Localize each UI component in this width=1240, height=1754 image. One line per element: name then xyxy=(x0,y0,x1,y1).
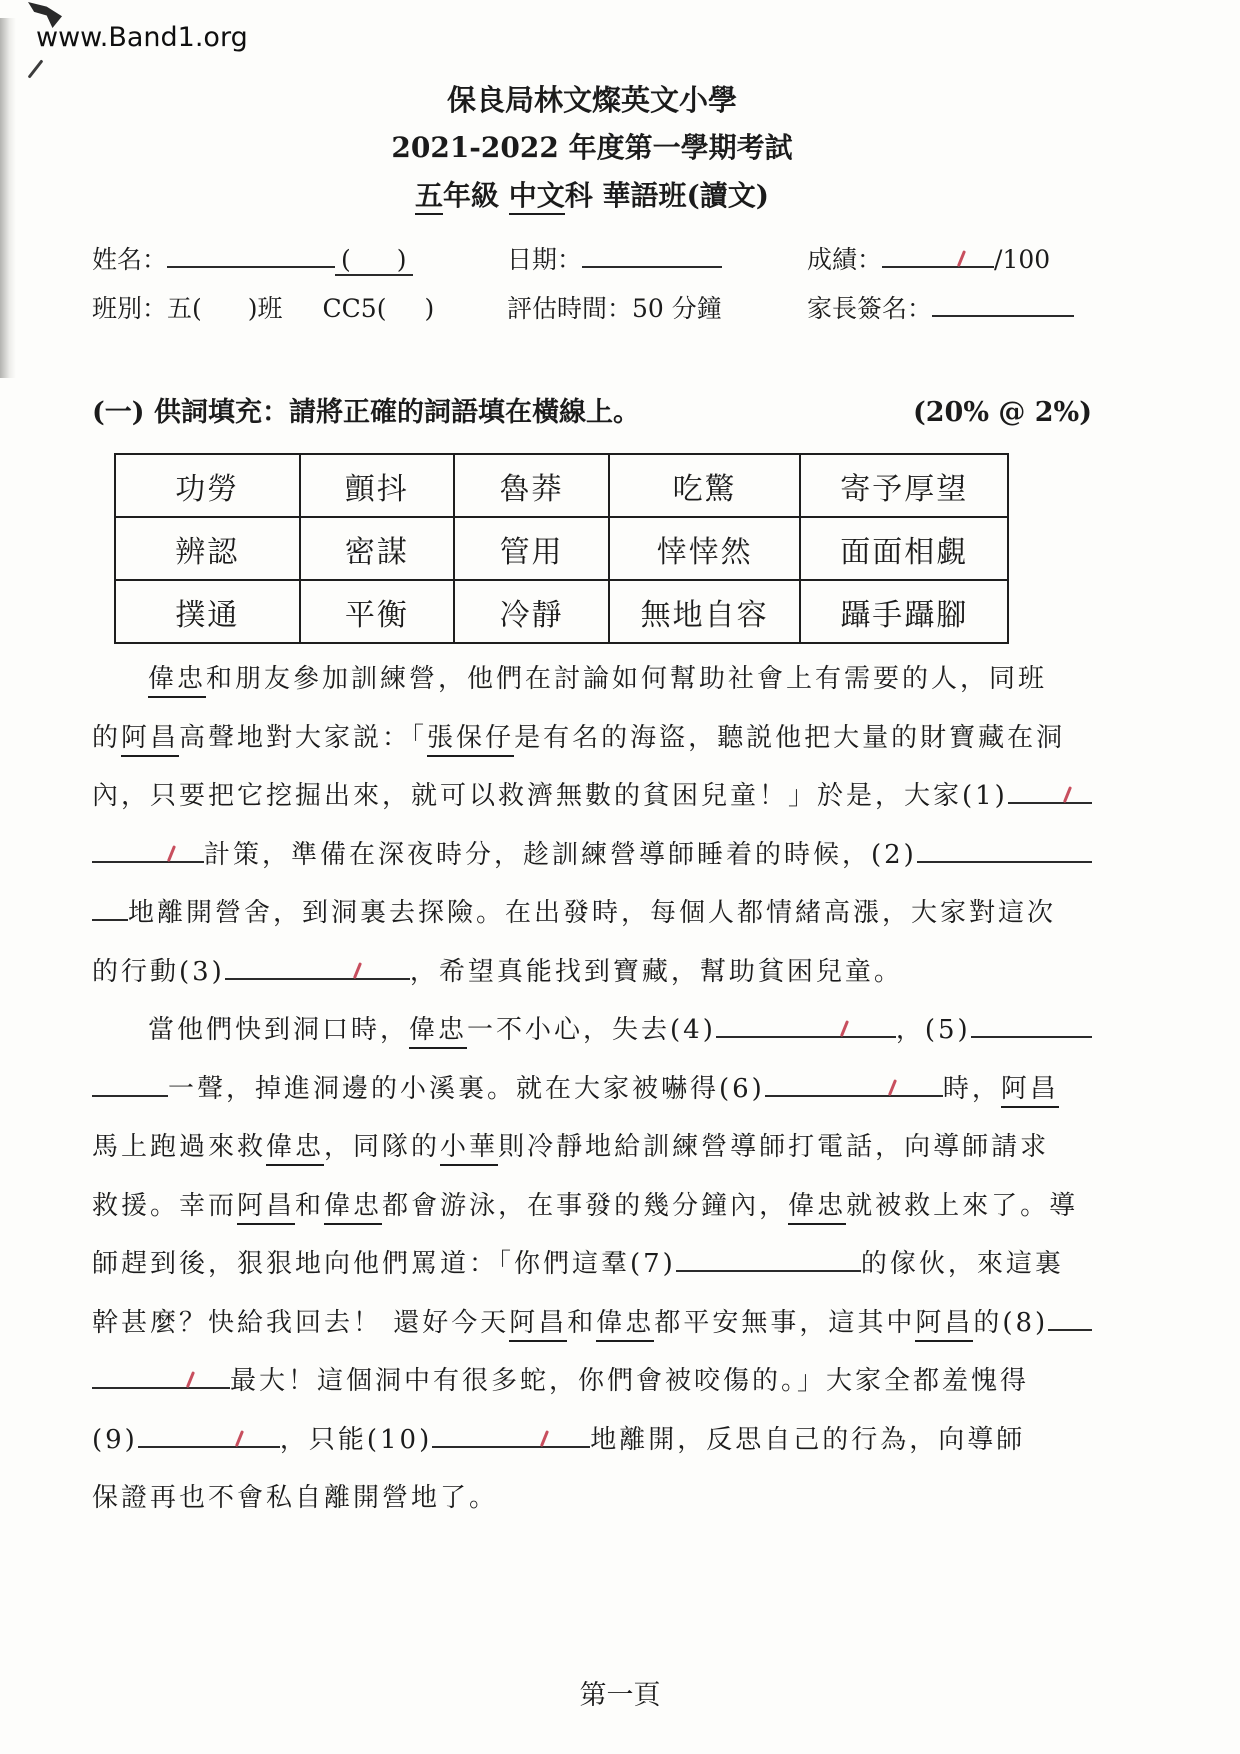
passage-text: 內，只要把它挖掘出來，就可以救濟無數的貧困兒童！」於是，大家(1) xyxy=(92,775,1008,812)
passage-text: 都會游泳，在事發的幾分鐘內， xyxy=(382,1185,788,1222)
answer-blank xyxy=(917,858,1092,863)
exam-title: 2021-2022 年度第一學期考試 xyxy=(92,124,1092,172)
underlined-name: 阿昌 xyxy=(237,1185,295,1225)
passage-text: 和 xyxy=(567,1302,596,1339)
name-blank xyxy=(167,263,335,268)
info-column-left: 姓名： () 班別： 五( )班 CC5( ) xyxy=(92,240,507,338)
passage-text: 是有名的海盜，聽説他把大量的財寶藏在洞 xyxy=(514,717,1065,754)
word-bank-cell: 面面相覷 xyxy=(800,517,1008,580)
score-total: /100 xyxy=(994,245,1050,274)
exam-header: 保良局林文燦英文小學 2021-2022 年度第一學期考試 五年級 中文科 華語… xyxy=(92,76,1092,220)
pen-stroke-mark xyxy=(28,59,44,78)
class-ban: )班 xyxy=(248,289,283,325)
red-check-mark xyxy=(887,1079,896,1096)
name-label: 姓名： xyxy=(92,240,167,276)
word-bank-row: 功勞顫抖魯莽吃驚寄予厚望 xyxy=(115,454,1008,517)
underlined-name: 阿昌 xyxy=(915,1302,973,1342)
score-label: 成績： xyxy=(807,240,882,276)
passage-text: 馬上跑過來救 xyxy=(92,1126,266,1163)
score-row: 成績： /100 xyxy=(807,240,1092,289)
name-row: 姓名： () xyxy=(92,240,507,289)
class-cc-close: ) xyxy=(424,294,434,323)
info-column-right: 成績： /100 家長簽名： xyxy=(807,240,1092,338)
section-one-heading: (一) 供詞填充：請將正確的詞語填在橫線上。 (20% @ 2%) xyxy=(92,390,1092,429)
passage-text: (9) xyxy=(92,1425,138,1455)
parent-signature-row: 家長簽名： xyxy=(807,289,1092,338)
answer-blank xyxy=(138,1443,280,1448)
watermark-url: www.Band1.org xyxy=(36,22,248,53)
passage-text: 計策，準備在深夜時分，趁訓練營導師睡着的時候，(2) xyxy=(204,834,917,871)
passage-text: 地離開營舍，到洞裏去探險。在出發時，每個人都情緒高漲，大家對這次 xyxy=(128,892,1056,929)
red-check-mark xyxy=(352,962,361,979)
word-bank-cell: 密謀 xyxy=(300,517,455,580)
passage-text: 都平安無事，這其中 xyxy=(654,1302,915,1339)
passage-text: 幹甚麼？快給我回去！ 還好今天 xyxy=(92,1302,509,1339)
passage-line: 一聲，掉進洞邊的小溪裏。就在大家被嚇得(6)時，阿昌 xyxy=(92,1068,1092,1127)
passage-text: 地離開，反思自己的行為，向導師 xyxy=(590,1419,1025,1456)
word-bank-cell: 撲通 xyxy=(115,580,300,643)
passage-text: 的行動(3) xyxy=(92,951,225,988)
exam-paper-page: www.Band1.org 保良局林文燦英文小學 2021-2022 年度第一學… xyxy=(0,0,1240,1754)
passage-text: 救援。幸而 xyxy=(92,1185,237,1222)
red-check-mark xyxy=(167,845,176,862)
section-marks: (20% @ 2%) xyxy=(913,397,1092,428)
underlined-name: 阿昌 xyxy=(509,1302,567,1342)
word-bank-cell: 躡手躡腳 xyxy=(800,580,1008,643)
answer-blank xyxy=(432,1443,590,1448)
passage-text: 和朋友參加訓練營，他們在討論如何幫助社會上有需要的人，同班 xyxy=(206,658,1047,695)
word-bank-table: 功勞顫抖魯莽吃驚寄予厚望辨認密謀管用悻悻然面面相覷撲通平衡冷靜無地自容躡手躡腳 xyxy=(114,453,1009,644)
passage-text: 當他們快到洞口時， xyxy=(148,1009,409,1046)
underlined-name: 張保仔 xyxy=(427,717,514,757)
section-title-text: (一) 供詞填充：請將正確的詞語填在橫線上。 xyxy=(92,390,640,429)
answer-blank xyxy=(676,1267,861,1272)
word-bank-row: 辨認密謀管用悻悻然面面相覷 xyxy=(115,517,1008,580)
answer-blank xyxy=(225,975,410,980)
class-cc: CC5( xyxy=(323,294,387,323)
underlined-name: 阿昌 xyxy=(121,717,179,757)
passage-text: 年級 xyxy=(443,179,509,212)
underlined-name: 阿昌 xyxy=(1001,1068,1059,1108)
word-bank-cell: 無地自容 xyxy=(609,580,801,643)
class-label: 班別： xyxy=(92,289,167,325)
cloze-passage: 偉忠和朋友參加訓練營，他們在討論如何幫助社會上有需要的人，同班的阿昌高聲地對大家… xyxy=(92,658,1092,1536)
student-info-block: 姓名： () 班別： 五( )班 CC5( ) 日期： xyxy=(92,240,1092,338)
word-bank-cell: 冷靜 xyxy=(454,580,609,643)
word-bank-cell: 寄予厚望 xyxy=(800,454,1008,517)
answer-blank xyxy=(92,1092,168,1097)
page-content: 保良局林文燦英文小學 2021-2022 年度第一學期考試 五年級 中文科 華語… xyxy=(92,76,1092,1536)
underlined-name: 小華 xyxy=(440,1126,498,1166)
passage-line: 的行動(3)，希望真能找到寶藏，幫助貧困兒童。 xyxy=(92,951,1092,1010)
grade-subject-line: 五年級 中文科 華語班(讀文) xyxy=(92,172,1092,220)
info-column-middle: 日期： 評估時間： 50 分鐘 xyxy=(507,240,807,338)
passage-text: 保證再也不會私自離開營地了。 xyxy=(92,1477,498,1514)
date-label: 日期： xyxy=(507,240,582,276)
underlined-name: 中文 xyxy=(509,179,565,215)
underlined-name: 偉忠 xyxy=(148,658,206,698)
passage-text: 的 xyxy=(92,717,121,754)
passage-line: 地離開營舍，到洞裏去探險。在出發時，每個人都情緒高漲，大家對這次 xyxy=(92,892,1092,951)
passage-line: 救援。幸而阿昌和偉忠都會游泳，在事發的幾分鐘內，偉忠就被救上來了。導 xyxy=(92,1185,1092,1244)
passage-text: 高聲地對大家説：「 xyxy=(179,717,427,754)
passage-line: 內，只要把它挖掘出來，就可以救濟無數的貧困兒童！」於是，大家(1) xyxy=(92,775,1092,834)
red-check-mark xyxy=(1063,786,1072,803)
duration-value: 50 分鐘 xyxy=(632,289,722,325)
word-bank-cell: 管用 xyxy=(454,517,609,580)
duration-row: 評估時間： 50 分鐘 xyxy=(507,289,807,338)
answer-blank xyxy=(1008,799,1092,804)
underlined-name: 偉忠 xyxy=(324,1185,382,1225)
passage-text: ，希望真能找到寶藏，幫助貧困兒童。 xyxy=(410,951,903,988)
passage-line: 的阿昌高聲地對大家説：「張保仔是有名的海盜，聽説他把大量的財寶藏在洞 xyxy=(92,717,1092,776)
underlined-name: 偉忠 xyxy=(409,1009,467,1049)
passage-line: 當他們快到洞口時，偉忠一不小心，失去(4)，(5) xyxy=(92,1009,1092,1068)
passage-line: 最大！這個洞中有很多蛇，你們會被咬傷的。」大家全都羞愧得 xyxy=(92,1360,1092,1419)
passage-text: 師趕到後，狠狠地向他們罵道：「你們這羣(7) xyxy=(92,1243,676,1280)
underlined-name: 偉忠 xyxy=(596,1302,654,1342)
passage-text: 一聲，掉進洞邊的小溪裏。就在大家被嚇得(6) xyxy=(168,1068,765,1105)
answer-blank xyxy=(765,1092,943,1097)
parent-signature-blank xyxy=(932,312,1074,317)
word-bank-cell: 平衡 xyxy=(300,580,455,643)
red-check-mark xyxy=(840,1020,849,1037)
answer-blank xyxy=(971,1033,1092,1038)
passage-text: 就被救上來了。導 xyxy=(846,1185,1078,1222)
red-check-mark xyxy=(186,1371,195,1388)
passage-text: ，只能(10) xyxy=(280,1419,432,1456)
word-bank-cell: 吃驚 xyxy=(609,454,801,517)
passage-line: (9)，只能(10)地離開，反思自己的行為，向導師 xyxy=(92,1419,1092,1478)
parent-signature-label: 家長簽名： xyxy=(807,289,932,325)
word-bank-cell: 顫抖 xyxy=(300,454,455,517)
red-check-mark xyxy=(957,250,966,267)
answer-blank xyxy=(92,1384,230,1389)
underlined-name: 五 xyxy=(415,179,443,215)
word-bank-cell: 辨認 xyxy=(115,517,300,580)
answer-blank xyxy=(92,858,204,863)
answer-blank xyxy=(92,916,128,921)
school-name: 保良局林文燦英文小學 xyxy=(92,76,1092,124)
underlined-name: 偉忠 xyxy=(788,1185,846,1225)
passage-text: 時， xyxy=(943,1068,1001,1105)
date-row: 日期： xyxy=(507,240,807,289)
name-paren: () xyxy=(335,245,413,276)
word-bank-cell: 魯莽 xyxy=(454,454,609,517)
word-bank-cell: 功勞 xyxy=(115,454,300,517)
class-row: 班別： 五( )班 CC5( ) xyxy=(92,289,507,338)
scan-edge-smudge xyxy=(0,18,16,378)
passage-text: 最大！這個洞中有很多蛇，你們會被咬傷的。」大家全都羞愧得 xyxy=(230,1360,1029,1397)
passage-text: 的傢伙，來這裏 xyxy=(861,1243,1064,1280)
passage-line: 師趕到後，狠狠地向他們罵道：「你們這羣(7)的傢伙，來這裏 xyxy=(92,1243,1092,1302)
word-bank-row: 撲通平衡冷靜無地自容躡手躡腳 xyxy=(115,580,1008,643)
score-blank xyxy=(882,263,994,268)
answer-blank xyxy=(716,1033,896,1038)
passage-line: 馬上跑過來救偉忠，同隊的小華則冷靜地給訓練營導師打電話，向導師請求 xyxy=(92,1126,1092,1185)
passage-text: 一不小心，失去(4) xyxy=(467,1009,716,1046)
passage-text: 則冷靜地給訓練營導師打電話，向導師請求 xyxy=(498,1126,1049,1163)
passage-text: ，同隊的 xyxy=(324,1126,440,1163)
underlined-name: 偉忠 xyxy=(266,1126,324,1166)
page-number: 第一頁 xyxy=(0,1673,1240,1712)
passage-line: 計策，準備在深夜時分，趁訓練營導師睡着的時候，(2) xyxy=(92,834,1092,893)
passage-line: 保證再也不會私自離開營地了。 xyxy=(92,1477,1092,1536)
passage-text: 科 華語班(讀文) xyxy=(565,179,769,212)
word-bank-cell: 悻悻然 xyxy=(609,517,801,580)
passage-line: 偉忠和朋友參加訓練營，他們在討論如何幫助社會上有需要的人，同班 xyxy=(92,658,1092,717)
red-check-mark xyxy=(540,1430,549,1447)
passage-text: 和 xyxy=(295,1185,324,1222)
red-check-mark xyxy=(235,1430,244,1447)
passage-line: 幹甚麼？快給我回去！ 還好今天阿昌和偉忠都平安無事，這其中阿昌的(8) xyxy=(92,1302,1092,1361)
passage-text: ，(5) xyxy=(896,1009,971,1046)
date-blank xyxy=(582,263,722,268)
duration-label: 評估時間： xyxy=(507,289,632,325)
answer-blank xyxy=(1048,1326,1092,1331)
class-five: 五( xyxy=(167,289,202,325)
passage-text: 的(8) xyxy=(973,1302,1048,1339)
